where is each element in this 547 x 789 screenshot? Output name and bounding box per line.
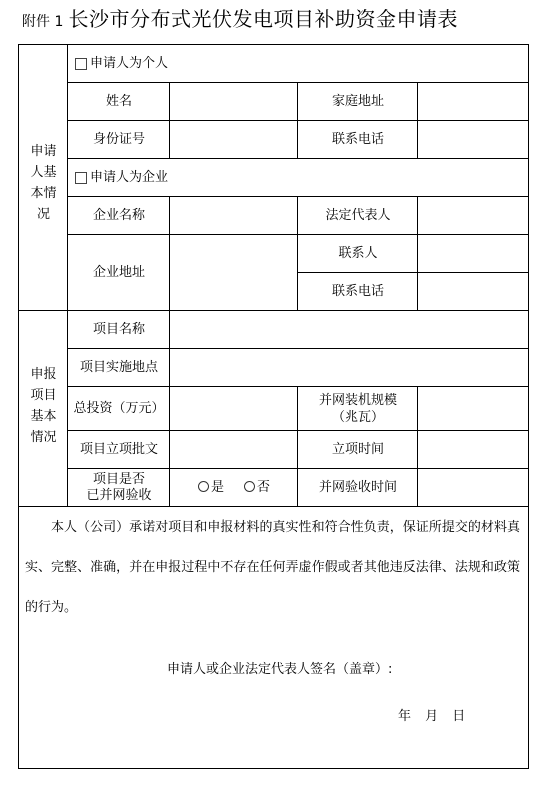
contact-label: 联系人 [299, 235, 417, 272]
enterprise-checkbox-label: 申请人为企业 [90, 169, 168, 186]
signature-label: 申请人或企业法定代表人签名（盖章）: [167, 658, 392, 677]
name-field[interactable] [171, 83, 297, 120]
name-label: 姓名 [69, 83, 169, 120]
id-number-label: 身份证号 [69, 121, 169, 158]
grid-accepted-no-option[interactable]: 否 [244, 479, 270, 496]
individual-checkbox[interactable] [75, 58, 87, 70]
date-label: 年 月 日 [398, 705, 465, 724]
label-line: 情况 [30, 427, 56, 448]
applicant-section-label: 申请 人基 本情 况 [19, 45, 68, 310]
capacity-label-line1: 并网装机规模 [319, 392, 397, 409]
grid-accepted-yes-option[interactable]: 是 [198, 479, 224, 496]
project-location-field[interactable] [171, 349, 529, 386]
project-section-label: 申报 项目 基本 情况 [19, 311, 68, 506]
label-line: 人基 [30, 162, 56, 183]
individual-applicant-option[interactable]: 申请人为个人 [69, 45, 529, 82]
grid-accepted-label-line2: 已并网验收 [86, 488, 151, 504]
grid-acceptance-time-field[interactable] [419, 469, 529, 506]
approval-doc-field[interactable] [171, 431, 297, 468]
document-title: 附件 1 长沙市分布式光伏发电项目补助资金申请表 [22, 6, 458, 35]
no-label: 否 [257, 480, 270, 495]
label-line: 本情 [30, 183, 56, 204]
individual-phone-field[interactable] [419, 121, 529, 158]
label-line: 项目 [30, 385, 56, 406]
contact-field[interactable] [419, 235, 529, 272]
application-form-table: 申请 人基 本情 况 申请人为个人 姓名 家庭地址 身份证号 联系电话 申请人为… [18, 44, 529, 769]
enterprise-phone-label: 联系电话 [299, 273, 417, 310]
enterprise-phone-field[interactable] [419, 273, 529, 310]
declaration-section: 本人（公司）承诺对项目和申报材料的真实性和符合性负责，保证所提交的材料真实、完整… [19, 508, 528, 768]
label-line: 申请 [30, 141, 56, 162]
id-number-field[interactable] [171, 121, 297, 158]
capacity-label-line2: （兆瓦） [332, 409, 384, 426]
declaration-text: 本人（公司）承诺对项目和申报材料的真实性和符合性负责，保证所提交的材料真实、完整… [25, 508, 520, 628]
radio-yes-icon[interactable] [198, 481, 209, 492]
label-line: 申报 [30, 364, 56, 385]
grid-acceptance-time-label: 并网验收时间 [299, 469, 417, 506]
capacity-field[interactable] [419, 387, 529, 430]
home-address-field[interactable] [419, 83, 529, 120]
home-address-label: 家庭地址 [299, 83, 417, 120]
investment-label: 总投资（万元） [69, 387, 169, 430]
capacity-label: 并网装机规模 （兆瓦） [299, 387, 417, 430]
individual-phone-label: 联系电话 [299, 121, 417, 158]
company-address-field[interactable] [171, 235, 297, 310]
grid-accepted-label: 项目是否 已并网验收 [69, 469, 169, 506]
company-name-label: 企业名称 [69, 197, 169, 234]
approval-time-field[interactable] [419, 431, 529, 468]
project-name-field[interactable] [171, 311, 529, 348]
title-text: 长沙市分布式光伏发电项目补助资金申请表 [68, 7, 458, 31]
project-name-label: 项目名称 [69, 311, 169, 348]
grid-accepted-label-line1: 项目是否 [93, 472, 145, 488]
radio-no-icon[interactable] [244, 481, 255, 492]
enterprise-applicant-option[interactable]: 申请人为企业 [69, 159, 529, 196]
legal-rep-field[interactable] [419, 197, 529, 234]
approval-doc-label: 项目立项批文 [69, 431, 169, 468]
label-line: 基本 [30, 406, 56, 427]
project-location-label: 项目实施地点 [69, 349, 169, 386]
legal-rep-label: 法定代表人 [299, 197, 417, 234]
individual-checkbox-label: 申请人为个人 [90, 55, 168, 72]
company-address-label: 企业地址 [69, 235, 169, 310]
grid-accepted-radio-group: 是 否 [171, 469, 297, 506]
enterprise-checkbox[interactable] [75, 172, 87, 184]
company-name-field[interactable] [171, 197, 297, 234]
label-line: 况 [37, 204, 50, 225]
approval-time-label: 立项时间 [299, 431, 417, 468]
title-prefix: 附件 1 [22, 14, 63, 30]
investment-field[interactable] [171, 387, 297, 430]
yes-label: 是 [211, 480, 224, 495]
